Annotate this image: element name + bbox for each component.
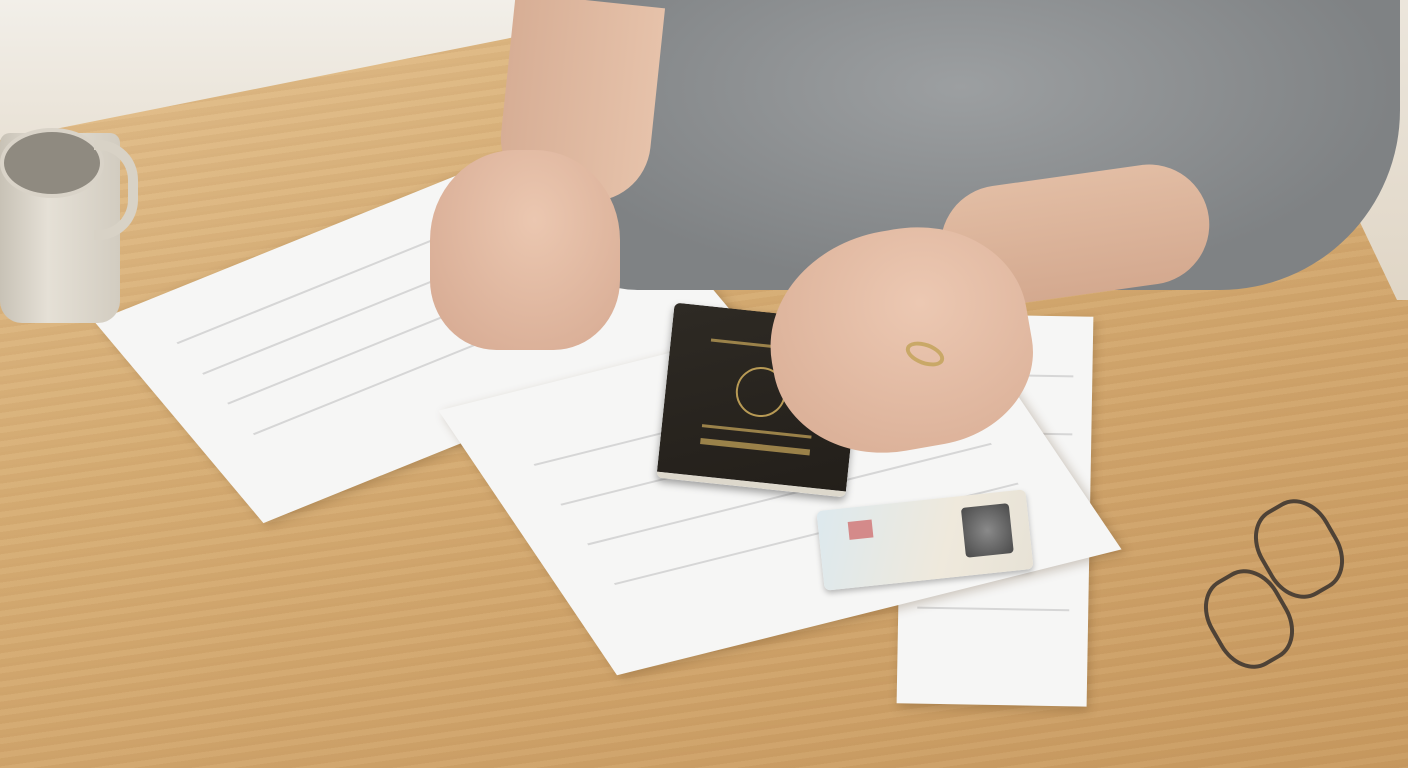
id-photo bbox=[961, 503, 1014, 558]
eyeglasses bbox=[1200, 490, 1350, 680]
id-seal-icon bbox=[848, 519, 874, 539]
left-hand bbox=[430, 150, 620, 350]
mug-rim bbox=[0, 128, 104, 198]
